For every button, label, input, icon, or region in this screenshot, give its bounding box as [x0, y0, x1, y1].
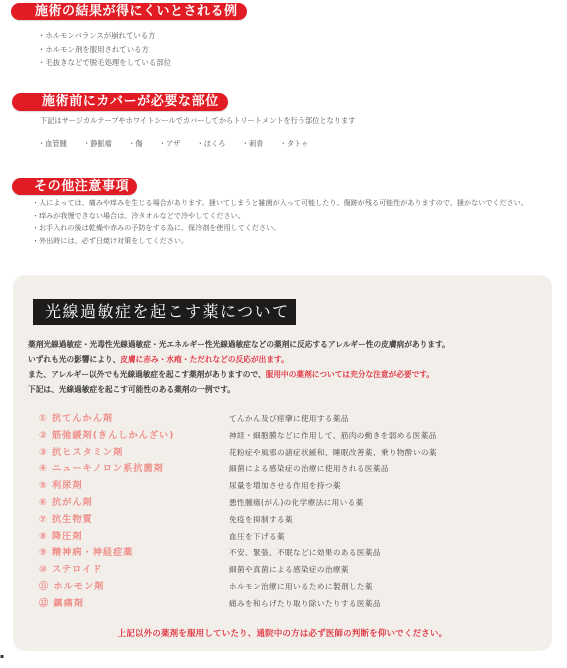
- intro-highlight: 服用中の薬剤については充分な注意が必要です。: [266, 370, 434, 379]
- list-item: ・毛抜きなどで脱毛処理をしている部位: [38, 56, 171, 70]
- other-banner: その他注意事項: [12, 178, 137, 195]
- drug-desc: 不安、緊張、不眠などに効果のある医薬品: [229, 545, 381, 561]
- drug-desc: 神経・細胞膜などに作用して、筋肉の動きを弱める医薬品: [229, 428, 437, 444]
- results-banner: 施術の結果が得にくいとされる例: [11, 3, 247, 20]
- drug-desc: 尿量を増加させる作用を持つ薬: [229, 478, 341, 494]
- drug-name: ③ 抗ヒスタミン剤: [39, 445, 123, 461]
- cover-sites: ・血管腫 ・静脈瘤 ・傷 ・アザ ・ほくろ ・刺青 ・タトゥ: [38, 139, 322, 149]
- drug-name: ④ ニューキノロン系抗菌剤: [39, 461, 164, 477]
- intro-text: いずれも光の影響により、: [28, 355, 120, 364]
- site-item: ・刺青: [242, 139, 264, 149]
- photosensitivity-panel: 光線過敏症を起こす薬について 薬剤光線過敏症・光毒性光線過敏症・光エネルギー性光…: [13, 275, 552, 651]
- drug-desc: 細菌による感染症の治療に使用される医薬品: [229, 461, 389, 477]
- drug-desc: 花粉症や風邪の諸症状緩和、睡眠改善薬、乗り物酔いの薬: [229, 445, 437, 461]
- drug-name: ⑥ 抗がん剤: [39, 495, 93, 511]
- drug-name: ⑫ 鎮痛剤: [39, 596, 84, 612]
- drug-name: ⑨ 精神病・神経症薬: [39, 545, 133, 561]
- drug-desc: 悪性腫瘍(がん)の化学療法に用いる薬: [229, 495, 364, 511]
- intro-line: いずれも光の影響により、皮膚に赤み・水疱・ただれなどの反応が出ます。: [28, 352, 450, 367]
- drug-name: ② 筋弛緩剤(きんしかんざい): [39, 428, 174, 444]
- panel-title: 光線過敏症を起こす薬について: [33, 299, 296, 325]
- site-item: ・傷: [128, 139, 142, 149]
- list-item: ・痒みが我慢できない場合は、冷タオルなどで冷やしてください。: [32, 210, 528, 223]
- intro-highlight: 皮膚に赤み・水疱・ただれなどの反応が出ます。: [120, 355, 289, 364]
- site-item: ・ほくろ: [197, 139, 226, 149]
- drug-desc: ホルモン治療に用いるために製剤した薬: [229, 579, 373, 595]
- corner-mark-icon: ▪: [0, 653, 4, 660]
- list-item: ・ホルモンバランスが崩れている方: [38, 29, 171, 43]
- panel-intro: 薬剤光線過敏症・光毒性光線過敏症・光エネルギー性光線過敏症などの薬剤に反応するア…: [28, 337, 450, 397]
- drug-desc: 痛みを和らげたり取り除いたりする医薬品: [229, 596, 381, 612]
- site-item: ・アザ: [159, 139, 181, 149]
- results-list: ・ホルモンバランスが崩れている方 ・ホルモン剤を服用されている方 ・毛抜きなどで…: [38, 29, 171, 70]
- drug-desc: 免疫を抑制する薬: [229, 512, 293, 528]
- drug-desc: 血圧を下げる薬: [229, 529, 285, 545]
- drug-name: ⑩ ステロイド: [39, 562, 102, 578]
- drug-name: ⑪ ホルモン剤: [39, 579, 104, 595]
- site-item: ・血管腫: [38, 139, 67, 149]
- intro-line: また、アレルギー以外でも光線過敏症を起こす薬剤がありますので、服用中の薬剤につい…: [28, 367, 450, 382]
- drug-name: ⑦ 抗生物質: [39, 512, 93, 528]
- intro-line: 下記は、光線過敏症を起こす可能性のある薬剤の一例です。: [28, 382, 450, 397]
- list-item: ・ホルモン剤を服用されている方: [38, 43, 171, 57]
- drug-name: ① 抗てんかん剤: [39, 411, 113, 427]
- doctor-warning: 上記以外の薬剤を服用していたり、通院中の方は必ず医師の判断を仰いでください。: [13, 627, 552, 639]
- intro-text: また、アレルギー以外でも光線過敏症を起こす薬剤がありますので、: [28, 370, 266, 379]
- list-item: ・人によっては、痛みや痒みを生じる場合があります。掻いてしまうと雑菌が入って可能…: [32, 197, 528, 210]
- cover-banner: 施術前にカバーが必要な部位: [12, 93, 228, 111]
- list-item: ・外出時には、必ず日焼け対策をしてください。: [32, 235, 528, 248]
- drug-name: ⑧ 降圧剤: [39, 529, 83, 545]
- intro-line: 薬剤光線過敏症・光毒性光線過敏症・光エネルギー性光線過敏症などの薬剤に反応するア…: [28, 337, 450, 352]
- other-list: ・人によっては、痛みや痒みを生じる場合があります。掻いてしまうと雑菌が入って可能…: [32, 197, 528, 247]
- cover-note: 下記はサージカルテープやホワイトシールでカバーしてからトリートメントを行う部位と…: [40, 116, 355, 126]
- list-item: ・お手入れの後は乾燥や赤みの予防をする為に、保冷剤を使用してください。: [32, 222, 528, 235]
- drug-desc: 細菌や真菌による感染症の治療薬: [229, 562, 349, 578]
- drug-desc: てんかん及び痙攣に使用する薬品: [229, 411, 349, 427]
- site-item: ・静脈瘤: [83, 139, 112, 149]
- drug-name: ⑤ 利尿剤: [39, 478, 83, 494]
- site-item: ・タトゥ: [280, 139, 309, 149]
